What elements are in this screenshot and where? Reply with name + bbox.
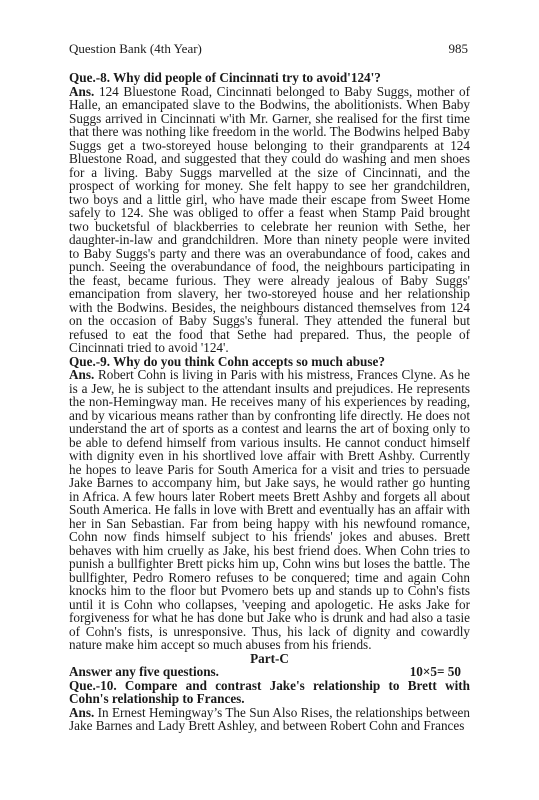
document-body: Que.-8. Why did people of Cincinnati try… — [69, 71, 470, 733]
header-title: Question Bank (4th Year) — [69, 41, 202, 57]
answer-8-text: 124 Bluestone Road, Cincinnati belonged … — [69, 84, 470, 356]
part-instruction: Answer any five questions. 10×5= 50 — [69, 665, 470, 679]
answer-9-text: Robert Cohn is living in Paris with his … — [69, 367, 470, 652]
question-8: Que.-8. Why did people of Cincinnati try… — [69, 71, 470, 85]
answer-8: Ans. 124 Bluestone Road, Cincinnati belo… — [69, 85, 470, 355]
question-10: Que.-10. Compare and contrast Jake's rel… — [69, 679, 470, 706]
page-number: 985 — [449, 41, 469, 57]
running-header: Question Bank (4th Year) 985 — [69, 41, 470, 57]
question-9: Que.-9. Why do you think Cohn accepts so… — [69, 355, 470, 369]
answer-10: Ans. In Ernest Hemingway’s The Sun Also … — [69, 706, 470, 733]
answer-10-text: In Ernest Hemingway’s The Sun Also Rises… — [69, 705, 470, 734]
marks-allocation: 10×5= 50 — [410, 665, 461, 679]
instruction-text: Answer any five questions. — [69, 664, 219, 679]
document-page: Question Bank (4th Year) 985 Que.-8. Why… — [0, 0, 539, 800]
part-heading: Part-C — [69, 652, 470, 666]
answer-9: Ans. Robert Cohn is living in Paris with… — [69, 368, 470, 652]
